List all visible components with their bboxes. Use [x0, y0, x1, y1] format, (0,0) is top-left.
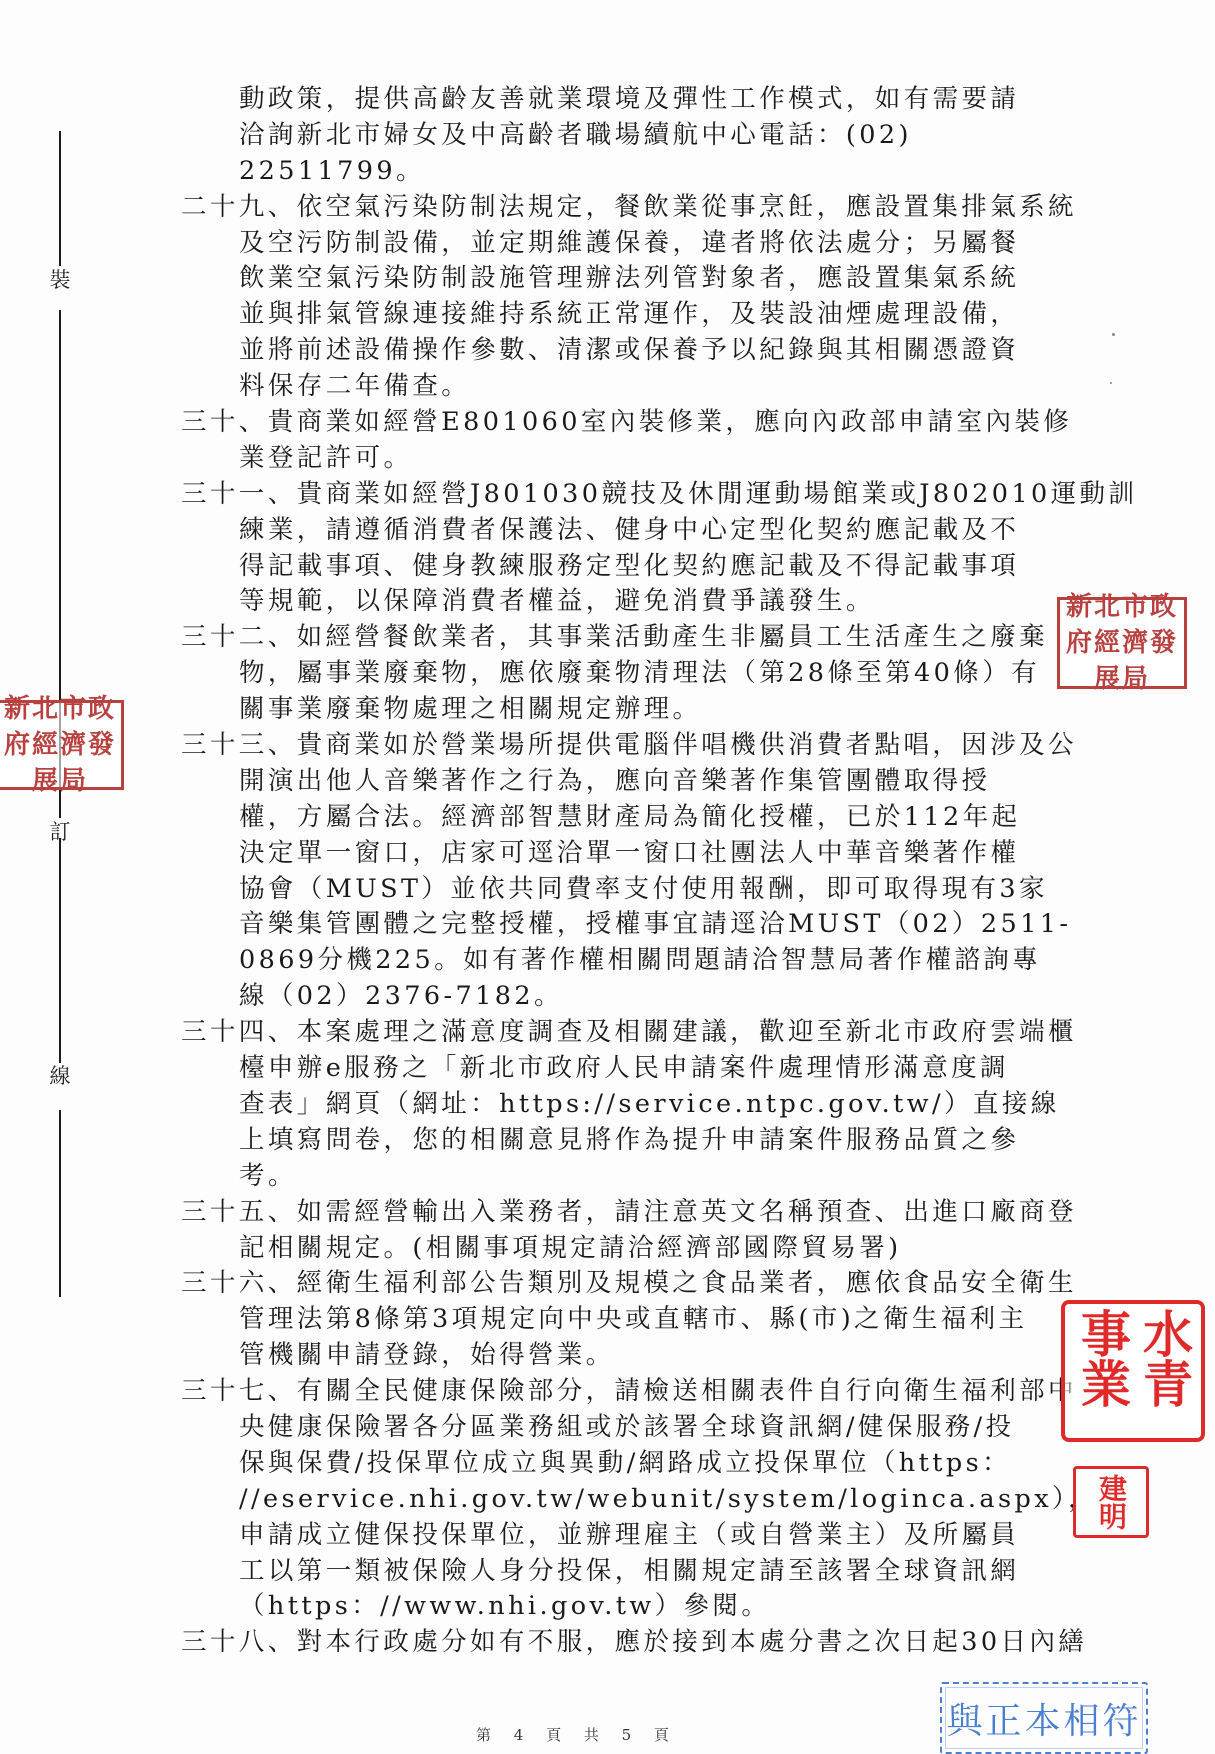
- clause-text-line: 22511799。: [181, 154, 1081, 190]
- clause-heading-line: 三十六、經衛生福利部公告類別及規模之食品業者，應依食品安全衛生: [181, 1266, 1081, 1302]
- clause-text-line: 權，方屬合法。經濟部智慧財產局為簡化授權，已於112年起: [181, 800, 1081, 836]
- binding-label-xian: 線: [48, 1064, 72, 1088]
- seal-text: 新北市政府經濟發展局: [4, 691, 116, 799]
- clause-heading-line: 三十八、對本行政處分如有不服，應於接到本處分書之次日起30日內繕: [181, 1625, 1081, 1661]
- clause-text-line: 並將前述設備操作參數、清潔或保養予以紀錄與其相關憑證資: [181, 333, 1081, 369]
- scan-speck: [1110, 382, 1112, 384]
- clause-text-line: //eservice.nhi.gov.tw/webunit/system/log…: [181, 1482, 1081, 1518]
- clause-text-line: 管理法第8條第3項規定向中央或直轄市、縣(市)之衛生福利主: [181, 1302, 1081, 1338]
- clause-text-line: 並與排氣管線連接維持系統正常運作，及裝設油煙處理設備，: [181, 297, 1081, 333]
- clause-text-line: 申請成立健保投保單位，並辦理雇主（或自營業主）及所屬員: [181, 1518, 1081, 1554]
- certified-copy-text: 與正本相符: [946, 1693, 1141, 1744]
- clause-text-line: 記相關規定。(相關事項規定請洽經濟部國際貿易署): [181, 1231, 1081, 1267]
- clause-text-line: 及空污防制設備，並定期維護保養，違者將依法處分；另屬餐: [181, 226, 1081, 262]
- company-seal-stamp: 水青事業: [1061, 1300, 1205, 1442]
- document-body: 動政策，提供高齡友善就業環境及彈性工作模式，如有需要請洽詢新北市婦女及中高齡者職…: [181, 82, 1081, 1661]
- clause-text-line: 料保存二年備查。: [181, 369, 1081, 405]
- clause-text-line: 等規範，以保障消費者權益，避免消費爭議發生。: [181, 584, 1081, 620]
- clause-text-line: （https：//www.nhi.gov.tw）參閱。: [181, 1589, 1081, 1625]
- clause-text-line: 協會（MUST）並依共同費率支付使用報酬，即可取得現有3家: [181, 872, 1081, 908]
- clause-heading-line: 二十九、依空氣污染防制法規定，餐飲業從事烹飪，應設置集排氣系統: [181, 190, 1081, 226]
- clause-heading-line: 三十、貴商業如經營E801060室內裝修業，應向內政部申請室內裝修: [181, 405, 1081, 441]
- clause-text-line: 音樂集管團體之完整授權，授權事宜請逕洽MUST（02）2511-: [181, 907, 1081, 943]
- binding-line-segment: [59, 1110, 61, 1297]
- seal-text: 新北市政府經濟發展局: [1064, 589, 1180, 697]
- clause-text-line: 洽詢新北市婦女及中高齡者職場續航中心電話：(02): [181, 118, 1081, 154]
- binding-line-segment: [59, 131, 61, 266]
- clause-text-line: 0869分機225。如有著作權相關問題請洽智慧局著作權諮詢專: [181, 943, 1081, 979]
- seal-stamp-left: 新北市政府經濟發展局: [0, 700, 124, 790]
- clause-heading-line: 三十三、貴商業如於營業場所提供電腦伴唱機供消費者點唱，因涉及公: [181, 728, 1081, 764]
- clause-text-line: 上填寫問卷，您的相關意見將作為提升申請案件服務品質之參: [181, 1123, 1081, 1159]
- clause-text-line: 開演出他人音樂著作之行為，應向音樂著作集管團體取得授: [181, 764, 1081, 800]
- scan-speck: [1112, 333, 1115, 336]
- clause-text-line: 考。: [181, 1159, 1081, 1195]
- document-page: 裝 訂 線 動政策，提供高齡友善就業環境及彈性工作模式，如有需要請洽詢新北市婦女…: [0, 0, 1215, 1754]
- clause-text-line: 保與保費/投保單位成立與異動/網路成立投保單位（https：: [181, 1446, 1081, 1482]
- clause-heading-line: 三十七、有關全民健康保險部分，請檢送相關表件自行向衛生福利部中: [181, 1374, 1081, 1410]
- binding-label-zhuang: 裝: [48, 268, 72, 292]
- clause-text-line: 央健康保險署各分區業務組或於該署全球資訊網/健保服務/投: [181, 1410, 1081, 1446]
- clause-text-line: 檯申辦e服務之「新北市政府人民申請案件處理情形滿意度調: [181, 1051, 1081, 1087]
- clause-text-line: 練業，請遵循消費者保護法、健身中心定型化契約應記載及不: [181, 513, 1081, 549]
- clause-text-line: 動政策，提供高齡友善就業環境及彈性工作模式，如有需要請: [181, 82, 1081, 118]
- clause-text-line: 決定單一窗口，店家可逕洽單一窗口社團法人中華音樂著作權: [181, 836, 1081, 872]
- clause-text-line: 物，屬事業廢棄物，應依廢棄物清理法（第28條至第40條）有: [181, 656, 1081, 692]
- seal-stamp-right: 新北市政府經濟發展局: [1057, 597, 1187, 689]
- clause-text-line: 工以第一類被保險人身分投保，相關規定請至該署全球資訊網: [181, 1554, 1081, 1590]
- clause-text-line: 查表」網頁（網址：https://service.ntpc.gov.tw/）直接…: [181, 1087, 1081, 1123]
- page-number: 第 4 頁 共 5 頁: [476, 1724, 678, 1745]
- certified-copy-stamp: 與正本相符: [940, 1682, 1148, 1754]
- clause-heading-line: 三十一、貴商業如經營J801030競技及休閒運動場館業或J802010運動訓: [181, 477, 1081, 513]
- clause-heading-line: 三十五、如需經營輸出入業務者，請注意英文名稱預查、出進口廠商登: [181, 1195, 1081, 1231]
- binding-line-segment: [59, 838, 61, 1063]
- clause-text-line: 線（02）2376-7182。: [181, 979, 1081, 1015]
- clause-text-line: 業登記許可。: [181, 441, 1081, 477]
- clause-text-line: 管機關申請登錄，始得營業。: [181, 1338, 1081, 1374]
- clause-heading-line: 三十二、如經營餐飲業者，其事業活動產生非屬員工生活產生之廢棄: [181, 620, 1081, 656]
- seal-text: 建明: [1095, 1474, 1127, 1530]
- clause-heading-line: 三十四、本案處理之滿意度調查及相關建議，歡迎至新北市政府雲端櫃: [181, 1015, 1081, 1051]
- clause-text-line: 關事業廢棄物處理之相關規定辦理。: [181, 692, 1081, 728]
- personal-seal-stamp: 建明: [1073, 1466, 1149, 1538]
- clause-text-line: 得記載事項、健身教練服務定型化契約應記載及不得記載事項: [181, 549, 1081, 585]
- clause-text-line: 飲業空氣污染防制設施管理辦法列管對象者，應設置集氣系統: [181, 261, 1081, 297]
- seal-text: 水青事業: [1071, 1308, 1195, 1434]
